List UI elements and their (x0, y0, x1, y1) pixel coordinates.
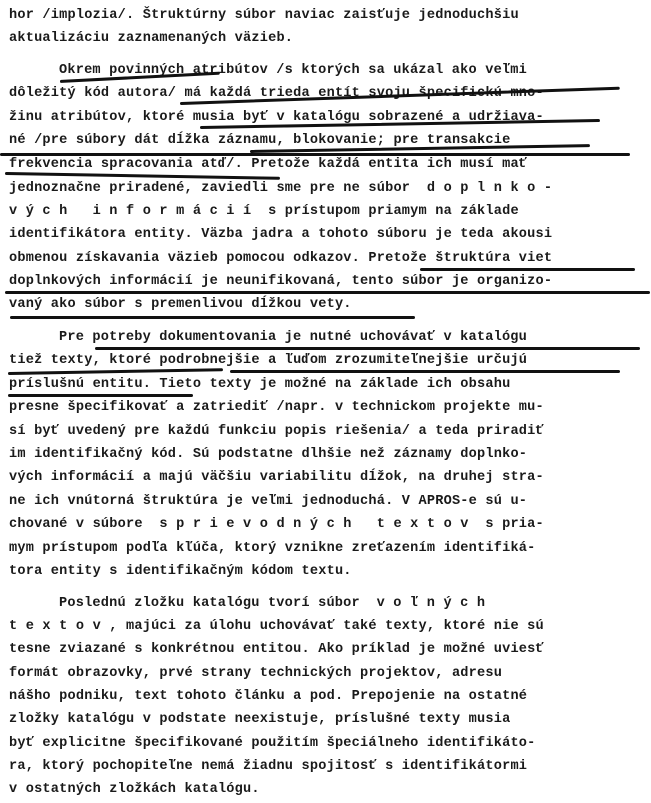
text-line: t e x t o v , majúci za úlohu uchovávať … (9, 618, 544, 636)
text-line: jednoznačne priradené, zaviedli sme pre … (9, 180, 552, 198)
pen-underline (5, 291, 650, 294)
pen-underline (8, 394, 193, 397)
text-line: ra, ktorý pochopiteľne nemá žiadnu spoji… (9, 758, 527, 776)
text-line: byť explicitne špecifikované použitím šp… (9, 735, 536, 753)
text-line: aktualizáciu zaznamenaných väzieb. (9, 30, 293, 48)
text-line: formát obrazovky, prvé strany technickýc… (9, 665, 502, 683)
text-line: tesne zviazané s konkrétnou entitou. Ako… (9, 641, 544, 659)
text-line: presne špecifikovať a zatriediť /napr. v… (9, 399, 544, 417)
text-line: im identifikačný kód. Sú podstatne dlhši… (9, 446, 527, 464)
text-line: zložky katalógu v podstate neexistuje, p… (9, 711, 510, 729)
text-line: mym prístupom podľa kľúča, ktorý vznikne… (9, 540, 536, 558)
pen-underline (230, 370, 620, 373)
text-line: sí byť uvedený pre každú funkciu popis r… (9, 423, 544, 441)
pen-underline (95, 347, 640, 350)
text-line: vých informácií a majú väčšiu variabilit… (9, 469, 544, 487)
pen-underline (10, 316, 415, 319)
text-line: hor /implozia/. Štruktúrny súbor naviac … (9, 7, 519, 25)
text-line: chované v súbore s p r i e v o d n ý c h… (9, 516, 544, 534)
pen-underline (0, 153, 630, 156)
text-line: frekvencia spracovania atď/. Pretože kaž… (9, 156, 527, 174)
text-line: v ý c h i n f o r m á c i í s prístupom … (9, 203, 519, 221)
scanned-document-page: hor /implozia/. Štruktúrny súbor naviac … (0, 0, 651, 803)
text-line: obmenou získavania väzieb pomocou odkazo… (9, 250, 552, 268)
pen-underline (420, 268, 635, 271)
text-line: tora entity s identifikačným kódom textu… (9, 563, 352, 581)
text-line: Pre potreby dokumentovania je nutné ucho… (59, 329, 527, 347)
text-line: doplnkových informácií je neunifikovaná,… (9, 273, 552, 291)
text-line: vaný ako súbor s premenlivou dĺžkou vety… (9, 296, 352, 314)
text-line: ne ich vnútorná štruktúra je veľmi jedno… (9, 493, 527, 511)
text-line: v ostatných zložkách katalógu. (9, 781, 260, 799)
text-line: identifikátora entity. Väzba jadra a toh… (9, 226, 552, 244)
text-line: Poslednú zložku katalógu tvorí súbor v o… (59, 595, 485, 613)
text-line: tiež texty, ktoré podrobnejšie a ľuďom z… (9, 352, 527, 370)
text-line: príslušnú entitu. Tieto texty je možné n… (9, 376, 510, 394)
text-line: nášho podniku, text tohoto článku a pod.… (9, 688, 527, 706)
